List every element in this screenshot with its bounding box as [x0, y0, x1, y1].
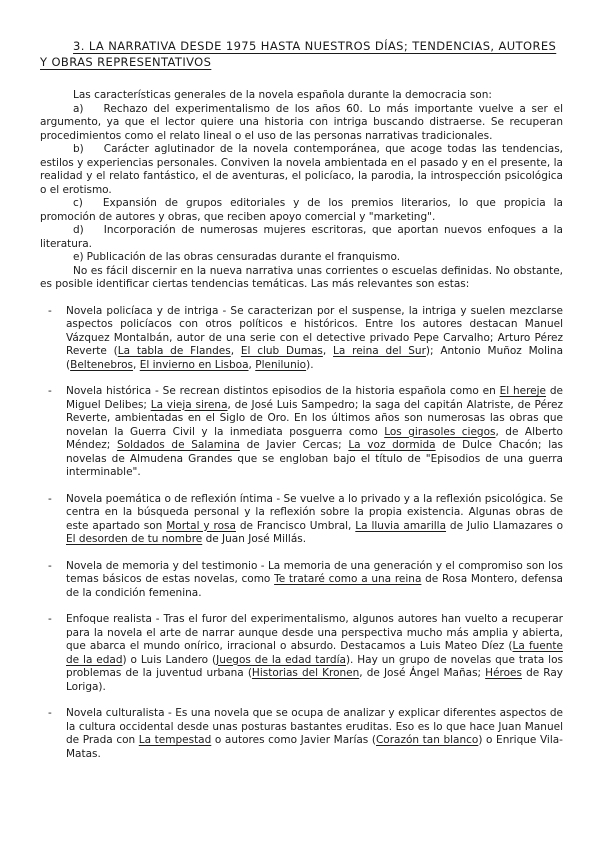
- bullet-text: Novela culturalista - Es una novela que …: [66, 707, 563, 761]
- book-title: Beltenebros: [70, 359, 133, 371]
- bullet-marker: -: [48, 707, 52, 721]
- book-title: El hereje: [500, 385, 546, 397]
- text-run: ).: [306, 359, 313, 371]
- text-run: ,: [231, 345, 241, 357]
- item-text: Rechazo del experimentalismo de los años…: [40, 103, 563, 142]
- book-title: Héroes: [485, 667, 522, 679]
- text-run: de Julio Llamazares o: [446, 520, 563, 532]
- tendencias-list: - Novela policíaca y de intriga - Se car…: [40, 305, 563, 762]
- text-run: o autores como Javier Marías (: [211, 734, 376, 746]
- lettered-item-c: c)Expansión de grupos editoriales y de l…: [40, 197, 563, 224]
- book-title: Plenilunio: [255, 359, 306, 371]
- item-label: b): [73, 143, 84, 155]
- lettered-item-e: e)Publicación de las obras censuradas du…: [40, 251, 563, 265]
- text-run: ) o Luis Landero (: [123, 654, 217, 666]
- book-title: El invierno en Lisboa: [140, 359, 249, 371]
- book-title: La reina del Sur: [333, 345, 426, 357]
- book-title: La lluvia amarilla: [355, 520, 446, 532]
- bullet-text: Novela policíaca y de intriga - Se carac…: [66, 305, 563, 373]
- bullet-item-novela-culturalista: - Novela culturalista - Es una novela qu…: [40, 707, 563, 761]
- book-title: El desorden de tu nombre: [66, 533, 202, 545]
- bullet-text: Novela de memoria y del testimonio - La …: [66, 560, 563, 601]
- book-title: La tempestad: [139, 734, 212, 746]
- item-text: Publicación de las obras censuradas dura…: [87, 251, 401, 263]
- book-title: La tabla de Flandes: [118, 345, 231, 357]
- lettered-item-d: d)Incorporación de numerosas mujeres esc…: [40, 224, 563, 251]
- book-title: Mortal y rosa: [166, 520, 236, 532]
- book-title: El club Dumas: [241, 345, 323, 357]
- document-page: 3. LA NARRATIVA DESDE 1975 HASTA NUESTRO…: [0, 0, 600, 848]
- document-title: 3. LA NARRATIVA DESDE 1975 HASTA NUESTRO…: [40, 38, 563, 70]
- text-run: de Juan José Millás.: [202, 533, 306, 545]
- text-run: Novela histórica - Se recrean distintos …: [66, 385, 500, 397]
- book-title: Juegos de la edad tardía: [216, 654, 346, 666]
- lettered-item-a: a)Rechazo del experimentalismo de los añ…: [40, 103, 563, 144]
- bullet-item-novela-historica: - Novela histórica - Se recrean distinto…: [40, 385, 563, 480]
- item-label: e): [73, 251, 84, 263]
- bullet-text: Novela histórica - Se recrean distintos …: [66, 385, 563, 480]
- item-text: Incorporación de numerosas mujeres escri…: [40, 224, 563, 250]
- bullet-marker: -: [48, 305, 52, 319]
- bullet-marker: -: [48, 560, 52, 574]
- bullet-text: Novela poemática o de reflexión íntima -…: [66, 493, 563, 547]
- book-title: La voz dormida: [348, 439, 435, 451]
- text-run: Enfoque realista - Tras el furor del exp…: [66, 613, 563, 652]
- item-label: a): [73, 103, 84, 115]
- bullet-item-novela-de-memoria: - Novela de memoria y del testimonio - L…: [40, 560, 563, 601]
- text-run: , de José Ángel Mañas;: [359, 667, 485, 679]
- transition-paragraph: No es fácil discernir en la nueva narrat…: [40, 265, 563, 292]
- bullet-item-novela-policiaca: - Novela policíaca y de intriga - Se car…: [40, 305, 563, 373]
- bullet-item-novela-poematica: - Novela poemática o de reflexión íntima…: [40, 493, 563, 547]
- text-run: ,: [133, 359, 140, 371]
- bullet-text: Enfoque realista - Tras el furor del exp…: [66, 613, 563, 694]
- bullet-marker: -: [48, 385, 52, 399]
- book-title: La vieja sirena: [151, 399, 228, 411]
- text-run: ,: [323, 345, 333, 357]
- bullet-marker: -: [48, 613, 52, 627]
- item-text: Carácter aglutinador de la novela contem…: [40, 143, 563, 196]
- intro-paragraph: Las características generales de la nove…: [40, 89, 563, 103]
- item-text: Expansión de grupos editoriales y de los…: [40, 197, 563, 223]
- item-label: d): [73, 224, 84, 236]
- book-title: Soldados de Salamina: [117, 439, 240, 451]
- book-title: Te trataré como a una reina: [274, 573, 421, 585]
- lettered-item-b: b)Carácter aglutinador de la novela cont…: [40, 143, 563, 197]
- text-run: de Francisco Umbral,: [236, 520, 355, 532]
- bullet-marker: -: [48, 493, 52, 507]
- text-run: de Javier Cercas;: [240, 439, 348, 451]
- book-title: Los girasoles ciegos: [384, 426, 495, 438]
- item-label: c): [73, 197, 83, 209]
- book-title: Historias del Kronen: [252, 667, 359, 679]
- book-title: Corazón tan blanco: [376, 734, 478, 746]
- bullet-item-enfoque-realista: - Enfoque realista - Tras el furor del e…: [40, 613, 563, 694]
